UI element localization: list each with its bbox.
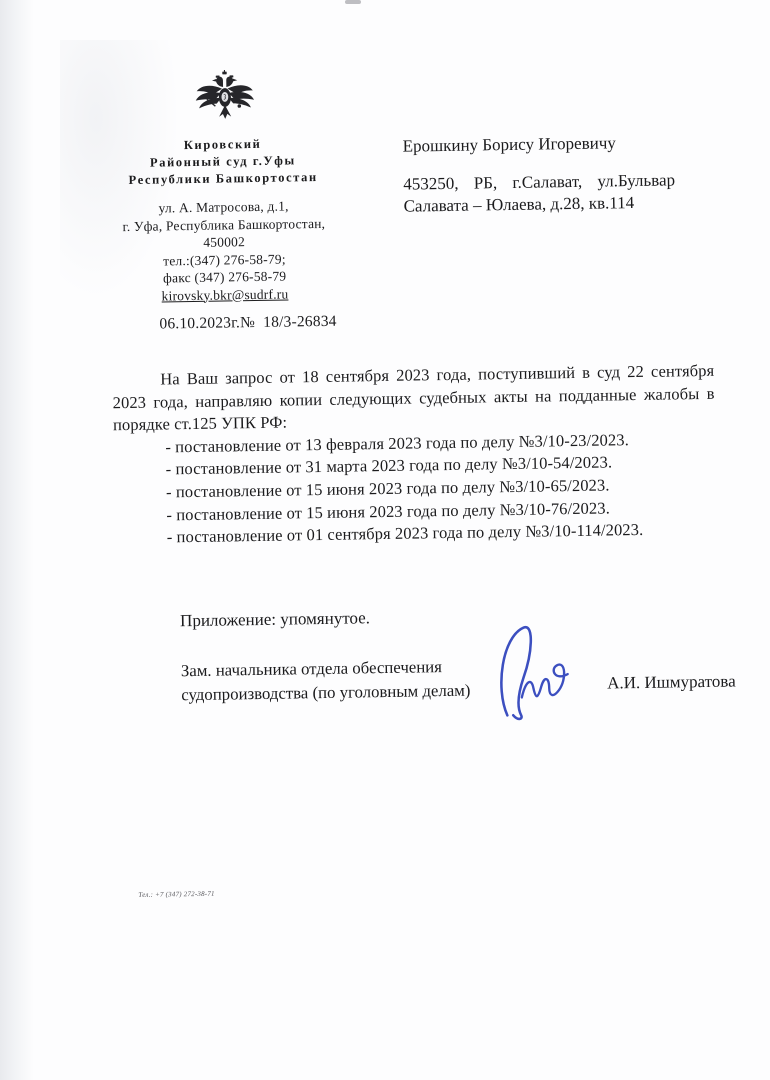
court-name-line3: Республики Башкортостан (103, 169, 343, 190)
signer-title: Зам. начальника отдела обеспечения судоп… (181, 655, 471, 708)
signer-name: А.И. Ишмуратова (607, 672, 736, 694)
scanned-content: Кировский Районный суд г.Уфы Республики … (0, 0, 770, 1080)
attachment-line: Приложение: упомянутое. (180, 608, 370, 631)
letterhead: Кировский Районный суд г.Уфы Республики … (103, 135, 346, 306)
recipient-block: Ерошкину Борису Игоревичу 453250, РБ, г.… (402, 131, 705, 218)
footer-phone: Тел.: +7 (347) 272-38-71 (138, 890, 214, 899)
court-email: kirovsky.bkr@sudrf.ru (105, 284, 345, 305)
coat-of-arms-icon (191, 66, 258, 129)
recipient-address-line2: Салавата – Юлаева, д.28, кв.114 (403, 191, 705, 218)
handwritten-signature (490, 615, 610, 729)
scanned-letter-page: Кировский Районный суд г.Уфы Республики … (0, 0, 770, 1080)
recipient-name: Ерошкину Борису Игоревичу (402, 131, 704, 158)
letter-body: На Ваш запрос от 18 сентября 2023 года, … (112, 360, 717, 550)
signer-title-line2: судопроизводства (по уголовным делам) (181, 679, 471, 708)
outgoing-date-number: 06.10.2023г.№ 18/3-26834 (159, 313, 337, 334)
